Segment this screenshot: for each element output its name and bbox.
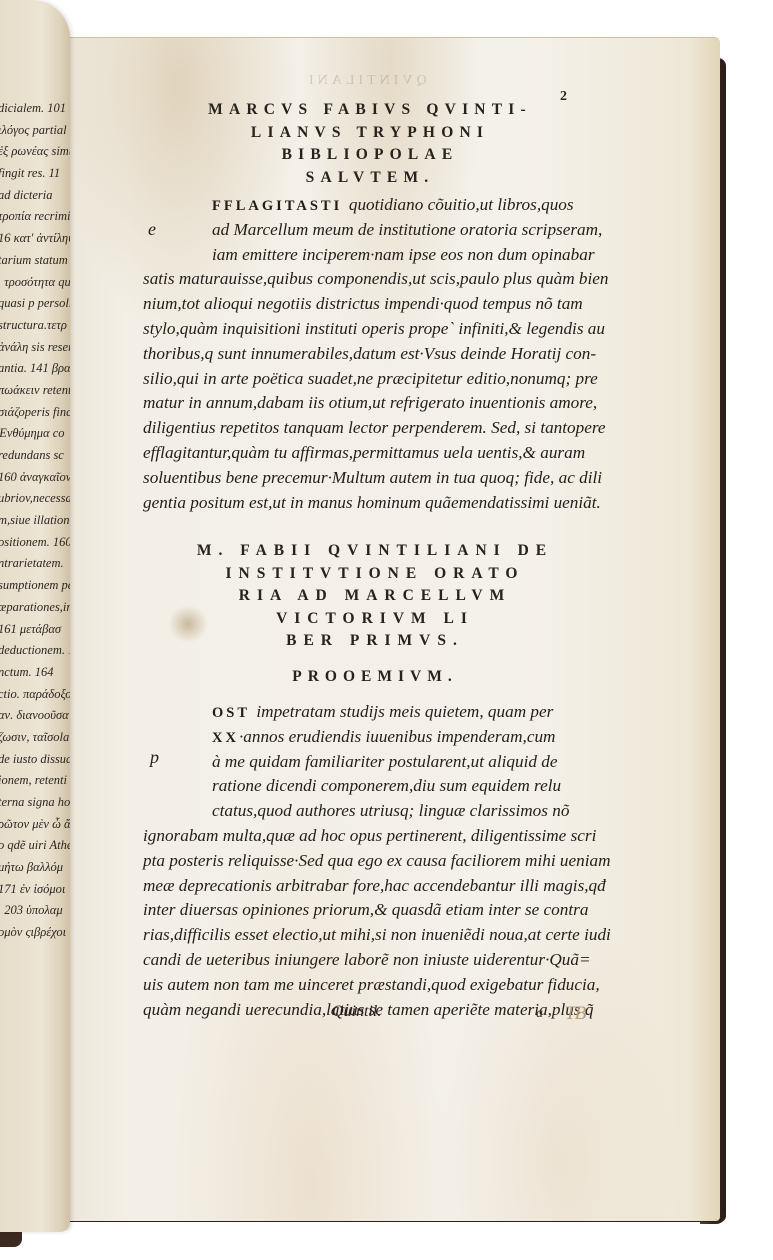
- left-page-line: . τροσότητα quan: [0, 272, 70, 294]
- left-page-line: m,siue illationem: [0, 510, 70, 532]
- left-page-line: μήτω βαλλόμ: [0, 857, 70, 879]
- heading-line: MARCVS FABIVS QVINTI-: [140, 99, 600, 122]
- left-page-line: . 203 ὑπολαμ: [0, 900, 70, 922]
- text-line: meæ deprecationis arbitrabar fore,hac ac…: [143, 874, 611, 899]
- line-text: ·annos erudiendis iuuenibus impenderam,c…: [239, 727, 556, 746]
- guide-letter-e: e: [148, 219, 156, 240]
- line-text: silio,qui in arte poëtica suadet,ne præc…: [143, 369, 598, 388]
- line-text: gentia positum est,ut in manus hominum q…: [143, 493, 601, 512]
- left-page-line: ζωσιν, ταῖσοla: [0, 727, 70, 749]
- left-page-line: ἀνάλη sis resemp: [0, 337, 70, 359]
- left-page-line: τροπία recrimin: [0, 206, 70, 228]
- left-page-line: 160 ἀναγκαῖον: [0, 467, 70, 489]
- left-page-line: deductionem. 16: [0, 640, 70, 662]
- left-page-line: terna signa ho: [0, 792, 70, 814]
- left-page-line: ntrarietatem.: [0, 553, 70, 575]
- text-line: matur in annum,dabam iis otium,ut refrig…: [143, 391, 609, 416]
- text-line: nium,tot alioqui negotiis districtus imp…: [143, 292, 609, 317]
- line-text: soluentibus bene precemur·Multum autem i…: [143, 468, 602, 487]
- left-page-line: πωάκειν retenti: [0, 380, 70, 402]
- line-text: nium,tot alioqui negotiis districtus imp…: [143, 294, 583, 313]
- line-text: iam emittere inciperem·nam ipse eos non …: [212, 245, 595, 264]
- letter-body: FFLAGITASTI quotidiano cõuitio,ut libros…: [212, 193, 609, 515]
- left-page-line: tarium statum: [0, 250, 70, 272]
- pencil-monogram: TB: [565, 1003, 585, 1025]
- line-text: matur in annum,dabam iis otium,ut refrig…: [143, 393, 597, 412]
- left-page-line: sumptionem pe: [0, 575, 70, 597]
- catchword: Quintil.: [332, 1003, 381, 1021]
- left-page-text: dicialem. 101ιλόγος partialἐξ ρωνέας sim…: [0, 98, 70, 944]
- left-page-line: 171 ἐν ἰσόμοι: [0, 879, 70, 901]
- guide-letter-p: p: [150, 747, 159, 768]
- left-page-line: de iusto dissuas: [0, 749, 70, 771]
- book-heading: M. FABII QVINTILIANI DE INSTITVTIONE ORA…: [140, 540, 610, 653]
- text-line: diligentius repetitos tanquam lector per…: [143, 416, 609, 441]
- text-line: efflagitantur,quàm tu affirmas,permittam…: [143, 441, 609, 466]
- line-text: à me quidam familiariter postularent,ut …: [212, 752, 558, 771]
- line-text: impetratam studijs meis quietem, quam pe…: [256, 702, 553, 721]
- left-page-line: redundans sc: [0, 445, 70, 467]
- line-text: quotidiano cõuitio,ut libros,quos: [349, 195, 574, 214]
- text-line: iam emittere inciperem·nam ipse eos non …: [212, 243, 609, 268]
- left-page-fragment: dicialem. 101ιλόγος partialἐξ ρωνέας sim…: [0, 0, 70, 1232]
- text-line: soluentibus bene precemur·Multum autem i…: [143, 466, 609, 491]
- heading-line: INSTITVTIONE ORATO: [140, 563, 610, 586]
- line-text: thoribus,q sunt innumerabiles,datum est·…: [143, 344, 596, 363]
- line-text: satis maturauisse,quibus componendis,ut …: [143, 269, 609, 288]
- left-page-line: Ἐνθύμημα co: [0, 423, 70, 445]
- line-text: meæ deprecationis arbitrabar fore,hac ac…: [143, 876, 606, 895]
- left-page-line: ad dicteria: [0, 185, 70, 207]
- left-page-line: ubriov,necessari: [0, 488, 70, 510]
- heading-line: BIBLIOPOLAE: [140, 144, 600, 167]
- line-text: ctatus,quod authores utriusq; linguæ cla…: [212, 801, 569, 820]
- left-page-line: fingit res. 11: [0, 163, 70, 185]
- dedication-heading: MARCVS FABIVS QVINTI- LIANVS TRYPHONI BI…: [140, 99, 600, 189]
- line-text: stylo,quàm inquisitioni instituti operis…: [143, 319, 605, 338]
- text-line: rias,difficilis esset electio,ut mihi,si…: [143, 923, 611, 948]
- text-line: stylo,quàm inquisitioni instituti operis…: [143, 317, 609, 342]
- left-page-line: antia. 141 βραχ: [0, 358, 70, 380]
- text-line: XX·annos erudiendis iuuenibus impenderam…: [212, 725, 611, 750]
- left-page-line: ἐξ ρωνέας simul: [0, 141, 70, 163]
- left-page-line: σιάζοperis finctio: [0, 402, 70, 424]
- text-line: OST impetratam studijs meis quietem, qua…: [212, 700, 611, 725]
- line-text: ratione dicendi componerem,diu sum equid…: [212, 776, 561, 795]
- heading-line: VICTORIVM LI: [140, 608, 610, 631]
- prooemium-body: OST impetratam studijs meis quietem, qua…: [212, 700, 611, 1022]
- line-text: ad Marcellum meum de institutione orator…: [212, 220, 602, 239]
- line-text: uis autem non tam me uinceret præstandi,…: [143, 975, 600, 994]
- left-page-line: quasi p persoll: [0, 293, 70, 315]
- text-line: à me quidam familiariter postularent,ut …: [212, 750, 611, 775]
- left-page-line: dicialem. 101: [0, 98, 70, 120]
- heading-line: LIANVS TRYPHONI: [140, 122, 600, 145]
- heading-line: SALVTEM.: [140, 167, 600, 190]
- line-text: rias,difficilis esset electio,ut mihi,si…: [143, 925, 611, 944]
- heading-line: RIA AD MARCELLVM: [140, 585, 610, 608]
- left-page-line: nctum. 164: [0, 662, 70, 684]
- show-through-text: QVINTILANI: [305, 73, 427, 89]
- left-page-line: ctio. παράδοξον: [0, 684, 70, 706]
- left-page-line: o qdẽ uiri Athe: [0, 835, 70, 857]
- initial-caps: FFLAGITASTI: [212, 198, 349, 214]
- text-line: thoribus,q sunt innumerabiles,datum est·…: [143, 342, 609, 367]
- line-text: inter diuersas opiniones priorum,& quasd…: [143, 900, 588, 919]
- left-page-line: structura.τετρ: [0, 315, 70, 337]
- text-line: pta posteris reliquisse·Sed qua ego ex c…: [143, 849, 611, 874]
- line-text: ignorabam multa,quæ ad hoc opus pertiner…: [143, 826, 596, 845]
- left-page-line: 161 μετάβασ: [0, 619, 70, 641]
- text-line: gentia positum est,ut in manus hominum q…: [143, 491, 609, 516]
- initial-caps: XX: [212, 730, 239, 746]
- text-line: satis maturauisse,quibus componendis,ut …: [143, 267, 609, 292]
- text-line: silio,qui in arte poëtica suadet,ne præc…: [143, 367, 609, 392]
- heading-line: M. FABII QVINTILIANI DE: [140, 540, 610, 563]
- line-text: diligentius repetitos tanquam lector per…: [143, 418, 606, 437]
- text-line: ignorabam multa,quæ ad hoc opus pertiner…: [143, 824, 611, 849]
- left-page-line: ιλόγος partial: [0, 120, 70, 142]
- heading-line: BER PRIMVS.: [140, 630, 610, 653]
- left-page-line: ositionem. 160: [0, 532, 70, 554]
- section-title: PROOEMIVM.: [140, 668, 610, 686]
- left-page-line: ομὸν ςιβρέχοι: [0, 922, 70, 944]
- text-line: candi de ueteribus iniungere laborẽ non …: [143, 948, 611, 973]
- signature-mark-bottom: a: [536, 1006, 543, 1022]
- text-line: FFLAGITASTI quotidiano cõuitio,ut libros…: [212, 193, 609, 218]
- text-line: inter diuersas opiniones priorum,& quasd…: [143, 898, 611, 923]
- line-text: candi de ueteribus iniungere laborẽ non …: [143, 950, 591, 969]
- left-page-line: 16 κατ' ἀντίληψ: [0, 228, 70, 250]
- left-page-line: æparationes,inf: [0, 597, 70, 619]
- left-page-line: αν. διανοοῦσα: [0, 705, 70, 727]
- line-text: efflagitantur,quàm tu affirmas,permittam…: [143, 443, 585, 462]
- text-line: ratione dicendi componerem,diu sum equid…: [212, 774, 611, 799]
- foxing-stain: [168, 605, 208, 643]
- text-line: ad Marcellum meum de institutione orator…: [212, 218, 609, 243]
- line-text: pta posteris reliquisse·Sed qua ego ex c…: [143, 851, 611, 870]
- left-page-line: ionem, retenti: [0, 770, 70, 792]
- left-page-line: ρῶτον μὲν ὦ ἄνδρ: [0, 814, 70, 836]
- text-line: ctatus,quod authores utriusq; linguæ cla…: [212, 799, 611, 824]
- text-line: uis autem non tam me uinceret præstandi,…: [143, 973, 611, 998]
- initial-caps: OST: [212, 705, 256, 721]
